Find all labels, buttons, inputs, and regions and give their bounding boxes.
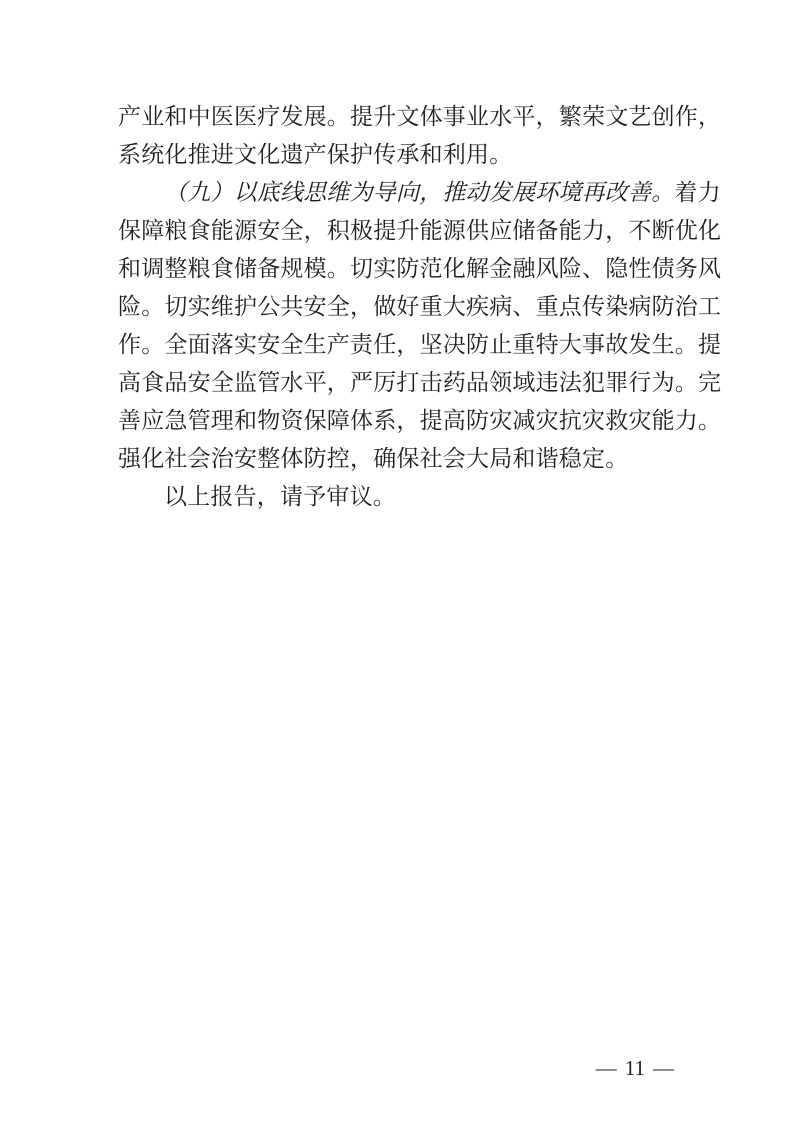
footer-dash-left: —: [596, 1056, 617, 1080]
body-line: 保障粮食能源安全，积极提升能源供应储备能力，不断优化: [118, 212, 688, 250]
body-line: 强化社会治安整体防控，确保社会大局和谐稳定。: [118, 440, 688, 478]
section-heading-emphasis: （九）以底线思维为导向，推动发展环境再改善。: [164, 180, 674, 205]
footer-dash-right: —: [653, 1056, 674, 1080]
document-page: 产业和中医医疗发展。提升文体事业水平，繁荣文艺创作， 系统化推进文化遗产保护传承…: [0, 0, 793, 1122]
body-line: 和调整粮食储备规模。切实防范化解金融风险、隐性债务风: [118, 250, 688, 288]
document-body: 产业和中医医疗发展。提升文体事业水平，繁荣文艺创作， 系统化推进文化遗产保护传承…: [118, 98, 688, 516]
body-line: 高食品安全监管水平，严厉打击药品领域违法犯罪行为。完: [118, 364, 688, 402]
page-number: 11: [625, 1056, 645, 1080]
body-line-closing: 以上报告，请予审议。: [118, 478, 688, 516]
body-line: 险。切实维护公共安全，做好重大疾病、重点传染病防治工: [118, 288, 688, 326]
body-line: 善应急管理和物资保障体系，提高防灾减灾抗灾救灾能力。: [118, 402, 688, 440]
page-footer: — 11 —: [596, 1056, 674, 1080]
body-line: 系统化推进文化遗产保护传承和利用。: [118, 136, 688, 174]
body-line: 产业和中医医疗发展。提升文体事业水平，繁荣文艺创作，: [118, 98, 688, 136]
body-line: 作。全面落实安全生产责任，坚决防止重特大事故发生。提: [118, 326, 688, 364]
body-line-section-heading: （九）以底线思维为导向，推动发展环境再改善。着力: [118, 174, 688, 212]
section-heading-continuation: 着力: [674, 180, 720, 205]
